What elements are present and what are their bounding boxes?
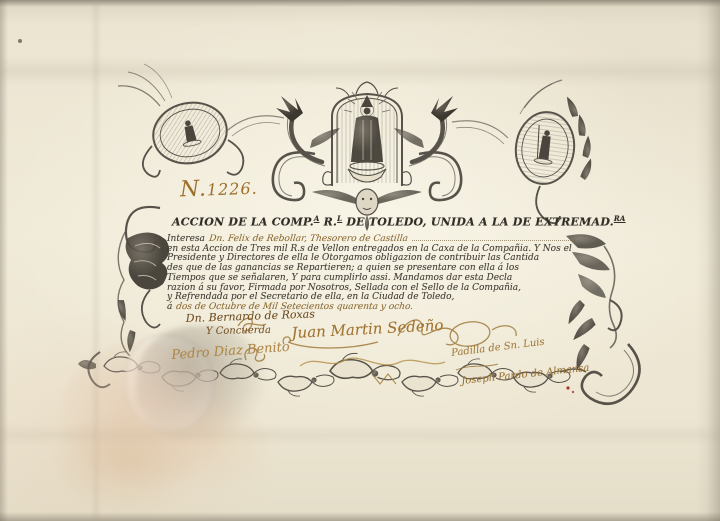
body-line-1: Interesa Dn. Felix de Rebollar, Thesorer… xyxy=(167,233,577,245)
medallion-left xyxy=(148,96,233,170)
corner-scroll-bottom-right xyxy=(566,298,639,403)
certificate-title: ACCION DE LA COMP.A R.L DE TOLEDO, UNIDA… xyxy=(172,214,574,229)
holder-name-script: Dn. Felix de Rebollar, Thesorero de Cast… xyxy=(208,235,408,245)
number-prefix: N. xyxy=(180,176,208,202)
certificate-body: Interesa Dn. Felix de Rebollar, Thesorer… xyxy=(167,233,577,313)
medallion-right xyxy=(511,108,578,187)
date-prefix: á xyxy=(167,303,172,313)
dotted-leader xyxy=(412,233,575,241)
light-flourish-center xyxy=(300,358,445,366)
certificate-number: N.1226. xyxy=(180,175,258,203)
number-value: 1226. xyxy=(207,179,258,200)
stain-blot xyxy=(148,396,268,492)
scanned-certificate-document: N.1226. ACCION DE LA COMP.A R.L DE TOLED… xyxy=(0,0,720,521)
signature-concuerda: Y Concuerda xyxy=(206,325,271,337)
red-ink-mark xyxy=(566,386,569,389)
